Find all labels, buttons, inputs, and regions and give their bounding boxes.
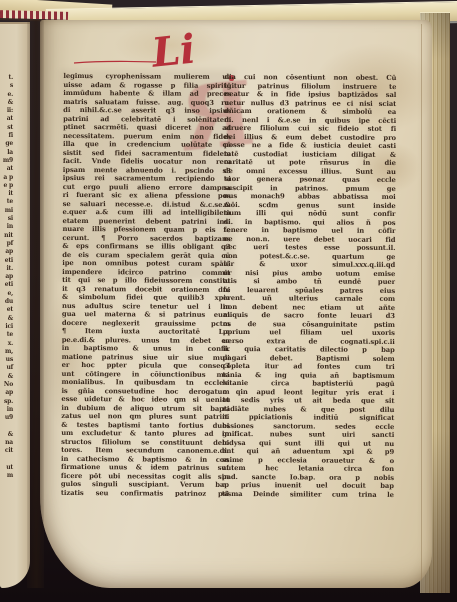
- text-line: zatus uel non qm plures sunt patrini: [61, 412, 229, 422]
- text-line: tit qui se p illo fideiussorem constitu: [62, 276, 230, 286]
- fragment-text: ap: [0, 248, 13, 256]
- text-column-right: dia cui non cōsentiunt non obest. Cūigit…: [222, 73, 397, 499]
- fragment-text: sp.: [0, 398, 13, 406]
- text-line: dñicam orationem & simbolū ea: [224, 107, 396, 117]
- text-line: tuor genera psonaz quas eccle: [224, 175, 396, 185]
- text-line: esse uidetur & hoc ideo qm si ueniat: [61, 395, 229, 405]
- text-line: dia cui non cōsentiunt non obest. Cū: [224, 73, 396, 83]
- text-line: cōpleta itur ad fontes cum tri: [223, 362, 395, 372]
- fragment-text: et: [0, 306, 13, 314]
- fragment-text: pf: [0, 240, 13, 248]
- text-line: gnificat. nubes sunt uiri sancti: [222, 430, 394, 440]
- fragment-text: m9: [0, 157, 13, 165]
- text-line: gua uel materna & si patrinus eum: [62, 310, 230, 320]
- text-line: tenere in baptismo uel in cōfir: [223, 226, 395, 236]
- fragment-text: at: [0, 115, 13, 123]
- text-line: letanie circa baptisteriū pagū: [222, 379, 394, 389]
- fragment-text: e.: [0, 91, 13, 99]
- fragment-text: eti: [0, 257, 13, 265]
- fragment-text: te: [0, 331, 13, 339]
- fragment-text: &: [0, 373, 13, 381]
- text-line: aliquis de sacro fonte leuari d3: [223, 311, 395, 321]
- fragment-text: e,: [0, 290, 13, 298]
- text-line: um excludetur & tanto plures ad in: [61, 429, 229, 439]
- text-line: & simbolum fidei que quilib3 xpia: [62, 293, 230, 303]
- fragment-text: &: [0, 431, 13, 439]
- text-line: posse ne a fide & iusticia deuiet casti: [224, 141, 396, 151]
- fragment-text: [0, 481, 13, 489]
- text-line: ant qui añ aduentum xpi & p9: [222, 447, 394, 457]
- fragment-text: eti: [0, 281, 13, 289]
- fragment-text: u9: [0, 414, 13, 422]
- fragment-text: nit: [0, 232, 13, 240]
- text-line: ¶ Item iuxta auctoritatē L.e: [62, 327, 230, 337]
- fragment-text: du: [0, 298, 13, 306]
- fragment-text: [0, 497, 13, 505]
- text-column-left: legimus cyrophenissam mulierem uauisse a…: [61, 72, 232, 498]
- text-line: firmatione unus & idem patrinus suf: [61, 463, 229, 473]
- fragment-text: mi: [0, 207, 13, 215]
- text-line: illa que in credencium uolūtate cō: [63, 140, 231, 150]
- text-line: ii. quia caritatis dilectio p bap: [223, 345, 395, 355]
- fragment-text: at: [0, 165, 13, 173]
- text-block: legimus cyrophenissam mulierem uauisse a…: [38, 19, 433, 589]
- text-line: & eps confirmans se illis obligant q3: [62, 242, 230, 252]
- text-line: tisma Deinde similiter cum trina le: [222, 489, 394, 499]
- text-line: ri fuerant sic ex aliena pfessione pos: [63, 191, 231, 201]
- text-line: autem hec letania circa fon: [222, 464, 394, 474]
- text-line: uir & uxor simul.xxx.q.iii.qd: [223, 260, 395, 270]
- fragment-text: fi: [0, 132, 13, 140]
- fragment-text: na: [0, 439, 13, 447]
- text-line: ipe non omnibus potest curam spālē: [62, 259, 230, 269]
- text-line: facit. Vnde fidelis uocatur non rem: [63, 157, 231, 167]
- text-line: immūdum habente & illam ad preces: [63, 89, 231, 99]
- fragment-text: &: [0, 99, 13, 107]
- fragment-text: te: [0, 198, 13, 206]
- fragment-text: ici: [0, 323, 13, 331]
- fragment-text: st: [0, 124, 13, 132]
- text-line: tores. Item secundum canonem.e.di.: [61, 446, 229, 456]
- fragment-text: ut: [0, 464, 13, 472]
- fragment-text: la: [0, 149, 13, 157]
- text-line: gulos singuli suscipiant. Verum bap: [61, 480, 229, 490]
- fragment-text: No: [0, 381, 13, 389]
- fragment-text: ap: [0, 273, 13, 281]
- text-line: tium illi qui nōdū sunt confir: [224, 209, 396, 219]
- fragment-text: si: [0, 215, 13, 223]
- fragment-text: ge: [0, 140, 13, 148]
- text-line: nus monach9 abbas abbatissa moi: [224, 192, 396, 202]
- text-line: it ppiciationis inditiū significat: [222, 413, 394, 423]
- gutter-shadow: [27, 20, 44, 588]
- text-line: ipsius rei sacramentum recipiendo si: [63, 174, 231, 184]
- text-line: atis si ambo tñ eundē puer: [223, 277, 395, 287]
- text-line: di nihil.&.c.se asserit q3 inso ipsius: [63, 106, 231, 116]
- text-line: tizatis seu confirmatis patrinoz psi: [61, 488, 229, 498]
- text-line: pprium uel filiam uel uxoris: [223, 328, 395, 338]
- fragment-text: [0, 489, 13, 497]
- fragment-text: it.: [0, 265, 13, 273]
- fragment-text: [0, 422, 13, 430]
- text-line: monialibus. In quibusdam tn ecclesi: [61, 378, 229, 388]
- fragment-text: cit: [0, 447, 13, 455]
- text-line: erent. uñ ulterius carnale com: [223, 294, 395, 304]
- text-line: caritatē ut pote rñsurus in die: [224, 158, 396, 168]
- fragment-text: ii:: [0, 107, 13, 115]
- text-line: e.quer a.& cum illi ad intelligibilem: [63, 208, 231, 218]
- fragment-text: x.: [0, 340, 13, 348]
- page: Li R legimus cyrophenissam mulierem uaui…: [40, 20, 432, 588]
- left-page-line-fragments: t.se.&ii:atstfigelam9ata pe pittemisiinn…: [0, 74, 13, 505]
- text-line: e prius inuenit uel docuit bap: [222, 481, 394, 491]
- fragment-text: t.: [0, 74, 13, 82]
- fragment-text: in: [0, 406, 13, 414]
- fragment-text: a p: [0, 174, 13, 182]
- fragment-text: m: [0, 472, 13, 480]
- text-line: legimus cyrophenissam mulierem ua: [63, 72, 231, 82]
- text-line: nuare illis pfessionem quam p eis fe: [62, 225, 230, 235]
- text-line: neatur & in fide ipsius baptizādos sal: [224, 90, 396, 100]
- fragment-text: s: [0, 82, 13, 90]
- fragment-text: &: [0, 315, 13, 323]
- fragment-text: ap: [0, 389, 13, 397]
- text-line: nec ueri testes esse possunt.il.: [223, 243, 395, 253]
- text-line: er hoc ppter picula que conseq3: [62, 361, 230, 371]
- text-line: in baptismo & unus in confir: [62, 344, 230, 354]
- text-line: struere filiolum cui sic fideio stot fi: [224, 124, 396, 134]
- text-line: tu sedis yris ut ait beda que sit: [222, 396, 394, 406]
- fragment-text: us: [0, 356, 13, 364]
- fragment-text: e p: [0, 182, 13, 190]
- fragment-text: it: [0, 190, 13, 198]
- text-line: ptinet sacrmēti. quasi diceret non ad: [63, 123, 231, 133]
- book-photo: t.se.&ii:atstfigelam9ata pe pittemisiinn…: [0, 0, 457, 602]
- fragment-text: [0, 456, 13, 464]
- fragment-text: m,: [0, 348, 13, 356]
- fragment-text: in: [0, 223, 13, 231]
- fragment-text: uf: [0, 364, 13, 372]
